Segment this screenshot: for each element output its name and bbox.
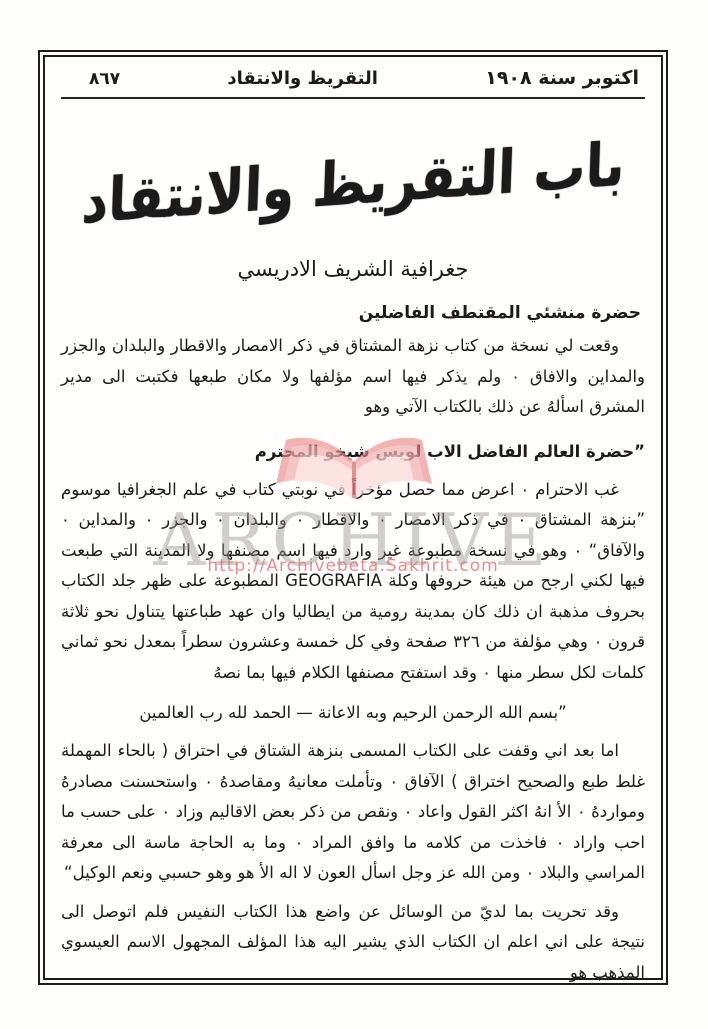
section-title: التقريظ والانتقاد [227, 68, 378, 89]
page-number: ٨٦٧ [89, 69, 120, 89]
intro-paragraph: وقعت لي نسخة من كتاب نزهة المشتاق في ذكر… [61, 331, 645, 423]
basmala-quote: ”بسم الله الرحمن الرحيم وبه الاعانة — ال… [59, 698, 647, 728]
closing-paragraph: وقد تحريت بما لديّ من الوسائل عن واضع هذ… [61, 897, 645, 989]
review-paragraph: اما بعد اني وقفت على الكتاب المسمى بنزهة… [61, 736, 645, 889]
page-content: اكتوبر سنة ١٩٠٨ التقريظ والانتقاد ٨٦٧ با… [43, 55, 663, 980]
issue-date: اكتوبر سنة ١٩٠٨ [485, 67, 639, 89]
page-border-frame: اكتوبر سنة ١٩٠٨ التقريظ والانتقاد ٨٦٧ با… [38, 50, 668, 985]
editors-salutation: حضرة منشئي المقتطف الفاضلين [59, 303, 641, 323]
article-title: جغرافية الشريف الادريسي [59, 257, 647, 281]
letter-paragraph: غب الاحترام ۰ اعرض مما حصل مؤخراً في نوب… [61, 475, 645, 689]
calligraphic-title: باب التقريظ والانتقاد [80, 130, 625, 237]
calligraphic-headpiece: باب التقريظ والانتقاد [59, 125, 647, 243]
letter-salutation: ”حضرة العالم الفاضل الاب لويس شيخو المحت… [61, 437, 645, 467]
header-rule [61, 97, 645, 99]
scanned-journal-page: { "header": { "date": "اكتوبر سنة ١٩٠٨",… [0, 0, 708, 1029]
running-head: اكتوبر سنة ١٩٠٨ التقريظ والانتقاد ٨٦٧ [59, 63, 647, 91]
